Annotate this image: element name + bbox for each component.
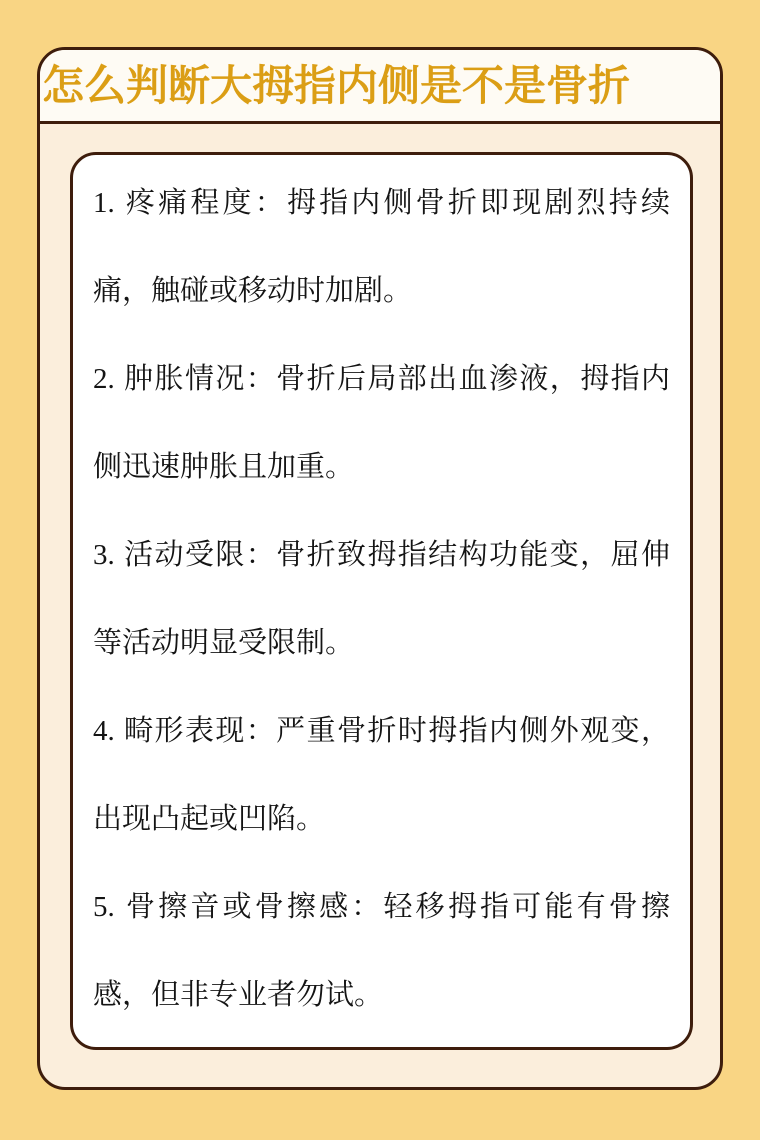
page-title: 怎么判断大拇指内侧是不是骨折 (42, 65, 630, 107)
list-item: 4.畸形表现：严重骨折时拇指内侧外观变，出现凸起或凹陷。 (93, 687, 670, 863)
item-text: 疼痛程度：拇指内侧骨折即现剧烈持续痛，触碰或移动时加剧。 (93, 187, 670, 307)
list-item: 1.疼痛程度：拇指内侧骨折即现剧烈持续痛，触碰或移动时加剧。 (93, 159, 670, 335)
item-text: 畸形表现：严重骨折时拇指内侧外观变，出现凸起或凹陷。 (93, 715, 670, 835)
item-number: 5. (93, 891, 115, 923)
page-background: 怎么判断大拇指内侧是不是骨折 1.疼痛程度：拇指内侧骨折即现剧烈持续痛，触碰或移… (0, 0, 760, 1140)
card-header: 怎么判断大拇指内侧是不是骨折 (40, 50, 720, 124)
item-number: 1. (93, 187, 115, 219)
list-item: 3.活动受限：骨折致拇指结构功能变，屈伸等活动明显受限制。 (93, 511, 670, 687)
item-text: 肿胀情况：骨折后局部出血渗液，拇指内侧迅速肿胀且加重。 (93, 363, 670, 483)
item-number: 2. (93, 363, 115, 395)
item-number: 3. (93, 539, 115, 571)
list-item: 2.肿胀情况：骨折后局部出血渗液，拇指内侧迅速肿胀且加重。 (93, 335, 670, 511)
item-text: 活动受限：骨折致拇指结构功能变，屈伸等活动明显受限制。 (93, 539, 670, 659)
item-number: 4. (93, 715, 115, 747)
list-item: 5.骨擦音或骨擦感：轻移拇指可能有骨擦感，但非专业者勿试。 (93, 863, 670, 1039)
content-panel: 1.疼痛程度：拇指内侧骨折即现剧烈持续痛，触碰或移动时加剧。 2.肿胀情况：骨折… (70, 152, 693, 1050)
card-body: 1.疼痛程度：拇指内侧骨折即现剧烈持续痛，触碰或移动时加剧。 2.肿胀情况：骨折… (40, 124, 720, 1050)
info-card: 怎么判断大拇指内侧是不是骨折 1.疼痛程度：拇指内侧骨折即现剧烈持续痛，触碰或移… (37, 47, 723, 1090)
item-text: 骨擦音或骨擦感：轻移拇指可能有骨擦感，但非专业者勿试。 (93, 891, 670, 1011)
